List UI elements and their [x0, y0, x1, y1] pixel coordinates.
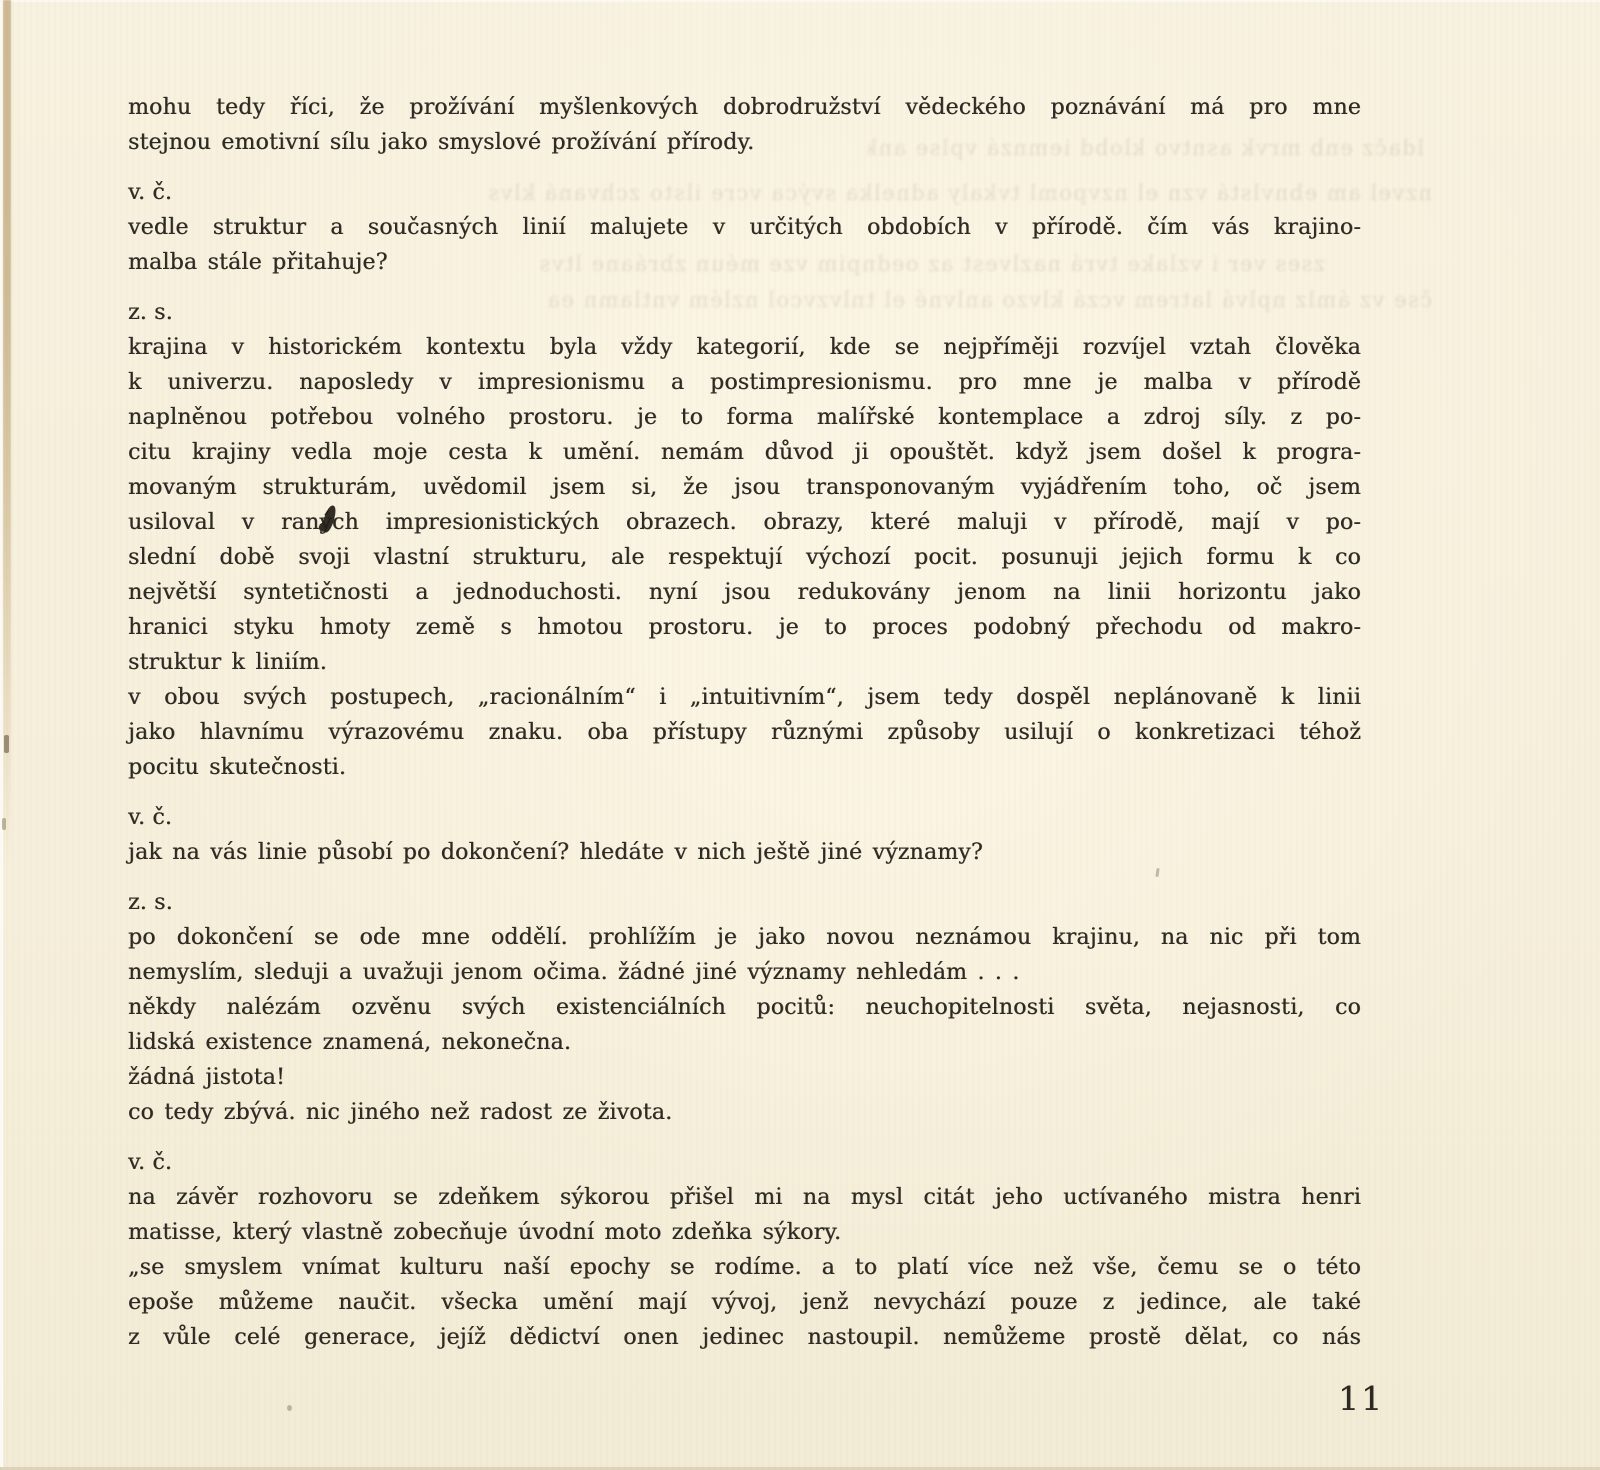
text-line: jako hlavnímu výrazovému znaku. oba přís… [128, 715, 1361, 750]
paragraph: někdy nalézám ozvěnu svých existenciální… [128, 990, 1361, 1060]
text-line: na závěr rozhovoru se zdeňkem sýkorou př… [128, 1180, 1361, 1215]
page-edge-top [0, 0, 1600, 2]
text-line: lidská existence znamená, nekonečna. [128, 1025, 1361, 1060]
speaker-label: z. s. [128, 295, 1361, 330]
text-line: mohu tedy říci, že prožívání myšlenkovýc… [128, 90, 1361, 125]
paragraph: jak na vás linie působí po dokončení? hl… [128, 835, 1361, 870]
text-line: slední době svoji vlastní strukturu, ale… [128, 540, 1361, 575]
paragraph: vedle struktur a současných linií maluje… [128, 210, 1361, 280]
paragraph: mohu tedy říci, že prožívání myšlenkovýc… [128, 90, 1361, 160]
text-line: citu krajiny vedla moje cesta k umění. n… [128, 435, 1361, 470]
text-line: žádná jistota! [128, 1060, 1361, 1095]
text-line: v obou svých postupech, „racionálním“ i … [128, 680, 1361, 715]
text-line: usiloval v raných impresionistických obr… [128, 505, 1361, 540]
text-line: největší syntetičnosti a jednoduchosti. … [128, 575, 1361, 610]
speaker-label: v. č. [128, 1145, 1361, 1180]
speaker-label: z. s. [128, 885, 1361, 920]
text-line: vedle struktur a současných linií maluje… [128, 210, 1361, 245]
speaker-label: v. č. [128, 800, 1361, 835]
text-line: „se smyslem vnímat kulturu naší epochy s… [128, 1250, 1361, 1285]
text-line: po dokončení se ode mne oddělí. prohlíží… [128, 920, 1361, 955]
binding-edge-shadow [3, 0, 11, 900]
text-line: struktur k liniím. [128, 645, 1361, 680]
text-line: krajina v historickém kontextu byla vždy… [128, 330, 1361, 365]
paragraph: po dokončení se ode mne oddělí. prohlíží… [128, 920, 1361, 990]
text-line: co tedy zbývá. nic jiného než radost ze … [128, 1095, 1361, 1130]
text-line: epoše můžeme naučit. všecka umění mají v… [128, 1285, 1361, 1320]
scanned-book-page: ldačz enb mrvk asntvo klobd iemnzá vplse… [0, 0, 1600, 1470]
paragraph: „se smyslem vnímat kulturu naší epochy s… [128, 1250, 1361, 1355]
page-number: 11 [1338, 1379, 1384, 1418]
text-line: naplněnou potřebou volného prostoru. je … [128, 400, 1361, 435]
paragraph: krajina v historickém kontextu byla vždy… [128, 330, 1361, 680]
text-line: hranici styku hmoty země s hmotou prosto… [128, 610, 1361, 645]
paragraph: žádná jistota! [128, 1060, 1361, 1095]
text-line: pocitu skutečnosti. [128, 750, 1361, 785]
paragraph: v obou svých postupech, „racionálním“ i … [128, 680, 1361, 785]
paragraph: na závěr rozhovoru se zdeňkem sýkorou př… [128, 1180, 1361, 1250]
text-line: matisse, který vlastně zobecňuje úvodní … [128, 1215, 1361, 1250]
text-line: nemyslím, sleduji a uvažuji jenom očima.… [128, 955, 1361, 990]
speaker-label: v. č. [128, 175, 1361, 210]
text-line: k univerzu. naposledy v impresionismu a … [128, 365, 1361, 400]
paragraph: co tedy zbývá. nic jiného než radost ze … [128, 1095, 1361, 1130]
text-line: movaným strukturám, uvědomil jsem si, že… [128, 470, 1361, 505]
text-line: stejnou emotivní sílu jako smyslové prož… [128, 125, 1361, 160]
text-line: jak na vás linie působí po dokončení? hl… [128, 835, 1361, 870]
text-line: z vůle celé generace, jejíž dědictví one… [128, 1320, 1361, 1355]
text-line: malba stále přitahuje? [128, 245, 1361, 280]
text-line: někdy nalézám ozvěnu svých existenciální… [128, 990, 1361, 1025]
paper-speck [287, 1405, 292, 1411]
page-text: mohu tedy říci, že prožívání myšlenkovýc… [128, 90, 1361, 1355]
